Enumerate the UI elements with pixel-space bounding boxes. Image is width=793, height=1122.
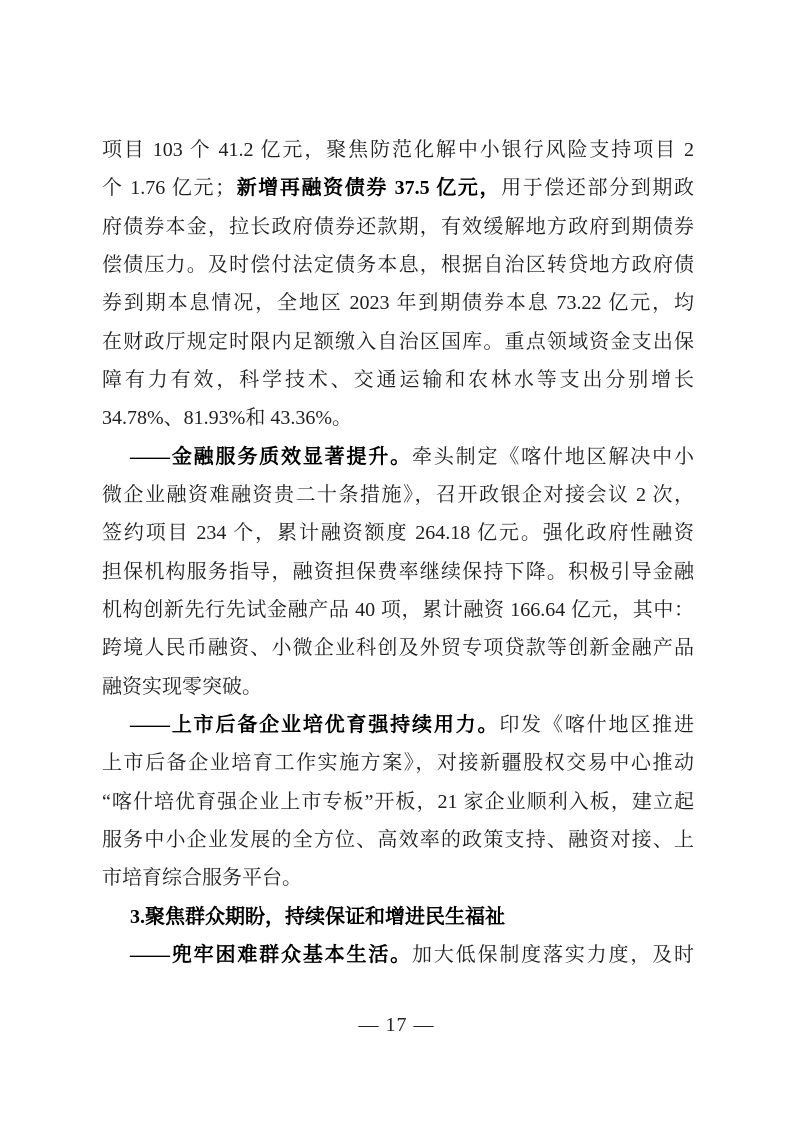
text-line: 障有力有效，科学技术、交通运输和农林水等支出分别增长 bbox=[102, 361, 694, 399]
text-line: 微企业融资难融资贵二十条措施》，召开政银企对接会议 2 次， bbox=[102, 476, 694, 514]
body-text: 府债券本金，拉长政府债券还款期，有效缓解地方政府到期债券 bbox=[102, 216, 694, 238]
text-line: 机构创新先行先试金融产品 40 项，累计融资 166.64 亿元，其中： bbox=[102, 591, 694, 629]
body-text: 印发《喀什地区推进 bbox=[499, 714, 694, 736]
text-line: 府债券本金，拉长政府债券还款期，有效缓解地方政府到期债券 bbox=[102, 208, 694, 246]
bold-text: 3.聚焦群众期盼，持续保证和增进民生福祉 bbox=[130, 906, 505, 928]
bold-text: ——金融服务质效显著提升。 bbox=[130, 446, 412, 468]
body-text: 34.78%、81.93%和 43.36%。 bbox=[102, 407, 352, 429]
body-text: 项目 103 个 41.2 亿元，聚焦防范化解中小银行风险支持项目 2 bbox=[102, 139, 694, 161]
text-line: 项目 103 个 41.2 亿元，聚焦防范化解中小银行风险支持项目 2 bbox=[102, 131, 694, 169]
body-text: 上市后备企业培育工作实施方案》，对接新疆股权交易中心推动 bbox=[102, 752, 694, 774]
body-text: 个 1.76 亿元； bbox=[102, 177, 235, 199]
body-text: 跨境人民币融资、小微企业科创及外贸专项贷款等创新金融产品 bbox=[102, 637, 694, 659]
text-line: 34.78%、81.93%和 43.36%。 bbox=[102, 399, 694, 437]
text-line: 3.聚焦群众期盼，持续保证和增进民生福祉 bbox=[102, 898, 694, 936]
document-page: 项目 103 个 41.2 亿元，聚焦防范化解中小银行风险支持项目 2个 1.7… bbox=[0, 0, 793, 1122]
text-line: ——金融服务质效显著提升。牵头制定《喀什地区解决中小 bbox=[102, 438, 694, 476]
body-text: 用于偿还部分到期政 bbox=[501, 177, 694, 199]
text-line: ——兜牢困难群众基本生活。加大低保制度落实力度，及时 bbox=[102, 936, 694, 974]
body-text: 牵头制定《喀什地区解决中小 bbox=[412, 446, 694, 468]
body-text: 障有力有效，科学技术、交通运输和农林水等支出分别增长 bbox=[102, 369, 694, 391]
text-line: 跨境人民币融资、小微企业科创及外贸专项贷款等创新金融产品 bbox=[102, 629, 694, 667]
body-text: 服务中小企业发展的全方位、高效率的政策支持、融资对接、上 bbox=[102, 829, 694, 851]
text-line: 偿债压力。及时偿付法定债务本息，根据自治区转贷地方政府债 bbox=[102, 246, 694, 284]
text-line: 在财政厅规定时限内足额缴入自治区国库。重点领域资金支出保 bbox=[102, 323, 694, 361]
text-line: ——上市后备企业培优育强持续用力。印发《喀什地区推进 bbox=[102, 706, 694, 744]
text-line: 上市后备企业培育工作实施方案》，对接新疆股权交易中心推动 bbox=[102, 744, 694, 782]
para-financial-services: ——金融服务质效显著提升。牵头制定《喀什地区解决中小微企业融资难融资贵二十条措施… bbox=[102, 438, 694, 706]
text-line: 个 1.76 亿元；新增再融资债券 37.5 亿元，用于偿还部分到期政 bbox=[102, 169, 694, 207]
bold-text: 新增再融资债券 37.5 亿元， bbox=[235, 177, 501, 199]
bold-text: ——兜牢困难群众基本生活。 bbox=[130, 944, 412, 966]
text-line: 券到期本息情况，全地区 2023 年到期债券本息 73.22 亿元，均 bbox=[102, 284, 694, 322]
body-text: 机构创新先行先试金融产品 40 项，累计融资 166.64 亿元，其中： bbox=[102, 599, 694, 621]
body-text: “喀什培优育强企业上市专板”开板，21 家企业顺利入板，建立起 bbox=[102, 791, 694, 813]
body-text: 偿债压力。及时偿付法定债务本息，根据自治区转贷地方政府债 bbox=[102, 254, 694, 276]
text-line: 市培育综合服务平台。 bbox=[102, 859, 694, 897]
body-text: 担保机构服务指导，融资担保费率继续保持下降。积极引导金融 bbox=[102, 561, 694, 583]
bold-text: ——上市后备企业培优育强持续用力。 bbox=[130, 714, 499, 736]
text-line: 签约项目 234 个，累计融资额度 264.18 亿元。强化政府性融资 bbox=[102, 514, 694, 552]
body-text: 加大低保制度落实力度，及时 bbox=[412, 944, 694, 966]
text-line: 服务中小企业发展的全方位、高效率的政策支持、融资对接、上 bbox=[102, 821, 694, 859]
para-listing-companies: ——上市后备企业培优育强持续用力。印发《喀什地区推进上市后备企业培育工作实施方案… bbox=[102, 706, 694, 898]
para-livelihood: ——兜牢困难群众基本生活。加大低保制度落实力度，及时 bbox=[102, 936, 694, 974]
body-text: 签约项目 234 个，累计融资额度 264.18 亿元。强化政府性融资 bbox=[102, 522, 694, 544]
text-line: 融资实现零突破。 bbox=[102, 668, 694, 706]
text-block: 项目 103 个 41.2 亿元，聚焦防范化解中小银行风险支持项目 2个 1.7… bbox=[102, 131, 694, 974]
page-number: — 17 — bbox=[0, 1014, 793, 1037]
body-text: 融资实现零突破。 bbox=[102, 676, 262, 698]
text-line: 担保机构服务指导，融资担保费率继续保持下降。积极引导金融 bbox=[102, 553, 694, 591]
body-text: 市培育综合服务平台。 bbox=[102, 867, 302, 889]
body-text: 券到期本息情况，全地区 2023 年到期债券本息 73.22 亿元，均 bbox=[102, 292, 694, 314]
text-line: “喀什培优育强企业上市专板”开板，21 家企业顺利入板，建立起 bbox=[102, 783, 694, 821]
heading-section-3: 3.聚焦群众期盼，持续保证和增进民生福祉 bbox=[102, 898, 694, 936]
body-text: 微企业融资难融资贵二十条措施》，召开政银企对接会议 2 次， bbox=[102, 484, 694, 506]
para-debt-management: 项目 103 个 41.2 亿元，聚焦防范化解中小银行风险支持项目 2个 1.7… bbox=[102, 131, 694, 438]
body-text: 在财政厅规定时限内足额缴入自治区国库。重点领域资金支出保 bbox=[102, 331, 694, 353]
